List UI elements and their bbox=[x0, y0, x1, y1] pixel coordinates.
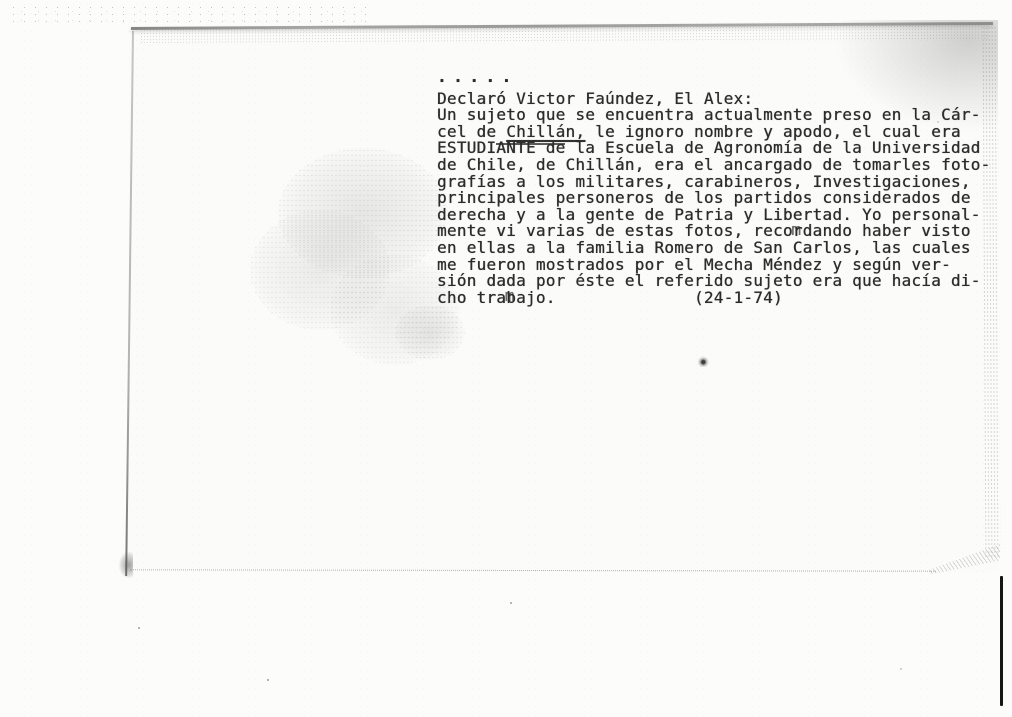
date-note: (24-1-74) bbox=[694, 288, 783, 307]
scanned-document: .....Declaró Victor Faúndez, El Alex:Un … bbox=[0, 0, 1012, 717]
text-segment: ajo. bbox=[516, 288, 556, 307]
dust-speck bbox=[267, 679, 269, 681]
text-segment: rm bbox=[793, 221, 803, 240]
text-segment bbox=[556, 288, 694, 307]
ink-speck-mark bbox=[697, 356, 711, 367]
typed-text: .....Declaró Victor Faúndez, El Alex:Un … bbox=[437, 74, 990, 306]
text-line: cho trabmajo. (24-1-74) bbox=[437, 290, 990, 307]
text-segment: bm bbox=[506, 288, 516, 307]
text-segment: cho tra bbox=[437, 288, 506, 307]
overstruck-character: m bbox=[505, 288, 515, 305]
stain-blob bbox=[395, 305, 465, 360]
scan-artifact-black-line bbox=[1000, 576, 1003, 706]
overstruck-character: m bbox=[791, 222, 801, 239]
dust-speck bbox=[900, 668, 902, 670]
text-segment: ..... bbox=[437, 67, 518, 86]
dust-speck bbox=[138, 627, 140, 629]
dust-speck bbox=[510, 602, 512, 604]
scan-noise-top-strip bbox=[8, 4, 374, 24]
paper-left-edge-smudge bbox=[119, 552, 133, 578]
